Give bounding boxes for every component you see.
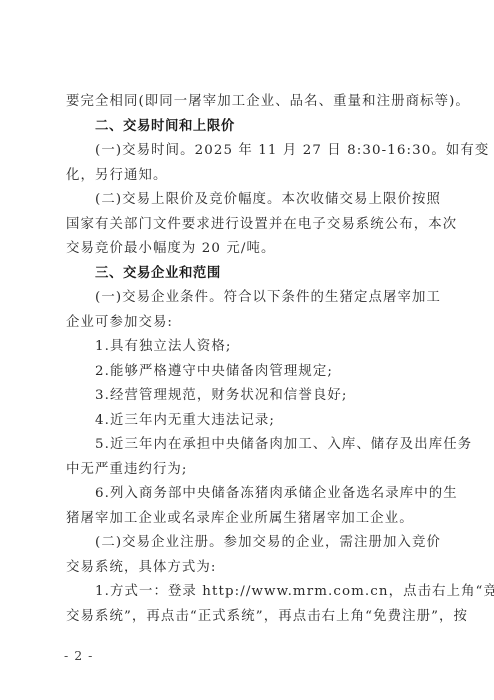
list-item-condition-3: 3.经营管理规范，财务状况和信誉良好; [66,384,430,409]
section-heading-enterprises: 三、交易企业和范围 [66,262,430,287]
list-item-condition-6-cont: 猪屠宰加工企业或名录库企业所属生猪屠宰加工企业。 [66,507,430,532]
list-item-method-1-cont: 交易系统”，再点击“正式系统”，再点击右上角“免费注册”，按 [66,605,430,630]
paragraph-trading-time-cont: 化，另行通知。 [66,164,430,189]
list-item-condition-5: 5.近三年内在承担中央储备肉加工、入库、储存及出库任务 [66,433,430,458]
list-item-condition-1: 1.具有独立法人资格; [66,335,430,360]
paragraph-enterprise-conditions: (一)交易企业条件。符合以下条件的生猪定点屠宰加工 [66,286,430,311]
list-item-method-1: 1.方式一：登录 http://www.mrm.com.cn，点击右上角“竞价 [66,580,430,605]
list-item-condition-4: 4.近三年内无重大违法记录; [66,409,430,434]
paragraph-continuation: 要完全相同(即同一屠宰加工企业、品名、重量和注册商标等)。 [66,90,430,115]
section-heading-trading-time: 二、交易时间和上限价 [66,115,430,140]
list-item-condition-5-cont: 中无严重违约行为; [66,458,430,483]
paragraph-price-limit-cont-1: 国家有关部门文件要求进行设置并在电子交易系统公布，本次 [66,213,430,238]
paragraph-price-limit-cont-2: 交易竞价最小幅度为 20 元/吨。 [66,237,430,262]
paragraph-enterprise-conditions-cont: 企业可参加交易: [66,311,430,336]
paragraph-price-limit: (二)交易上限价及竞价幅度。本次收储交易上限价按照 [66,188,430,213]
document-body: 要完全相同(即同一屠宰加工企业、品名、重量和注册商标等)。 二、交易时间和上限价… [66,90,430,629]
page-number: - 2 - [64,648,93,663]
paragraph-registration-cont: 交易系统，具体方式为: [66,556,430,581]
list-item-condition-2: 2.能够严格遵守中央储备肉管理规定; [66,360,430,385]
paragraph-trading-time: (一)交易时间。2025 年 11 月 27 日 8:30-16:30。如有变 [66,139,430,164]
paragraph-registration: (二)交易企业注册。参加交易的企业，需注册加入竞价 [66,531,430,556]
list-item-condition-6: 6.列入商务部中央储备冻猪肉承储企业备选名录库中的生 [66,482,430,507]
